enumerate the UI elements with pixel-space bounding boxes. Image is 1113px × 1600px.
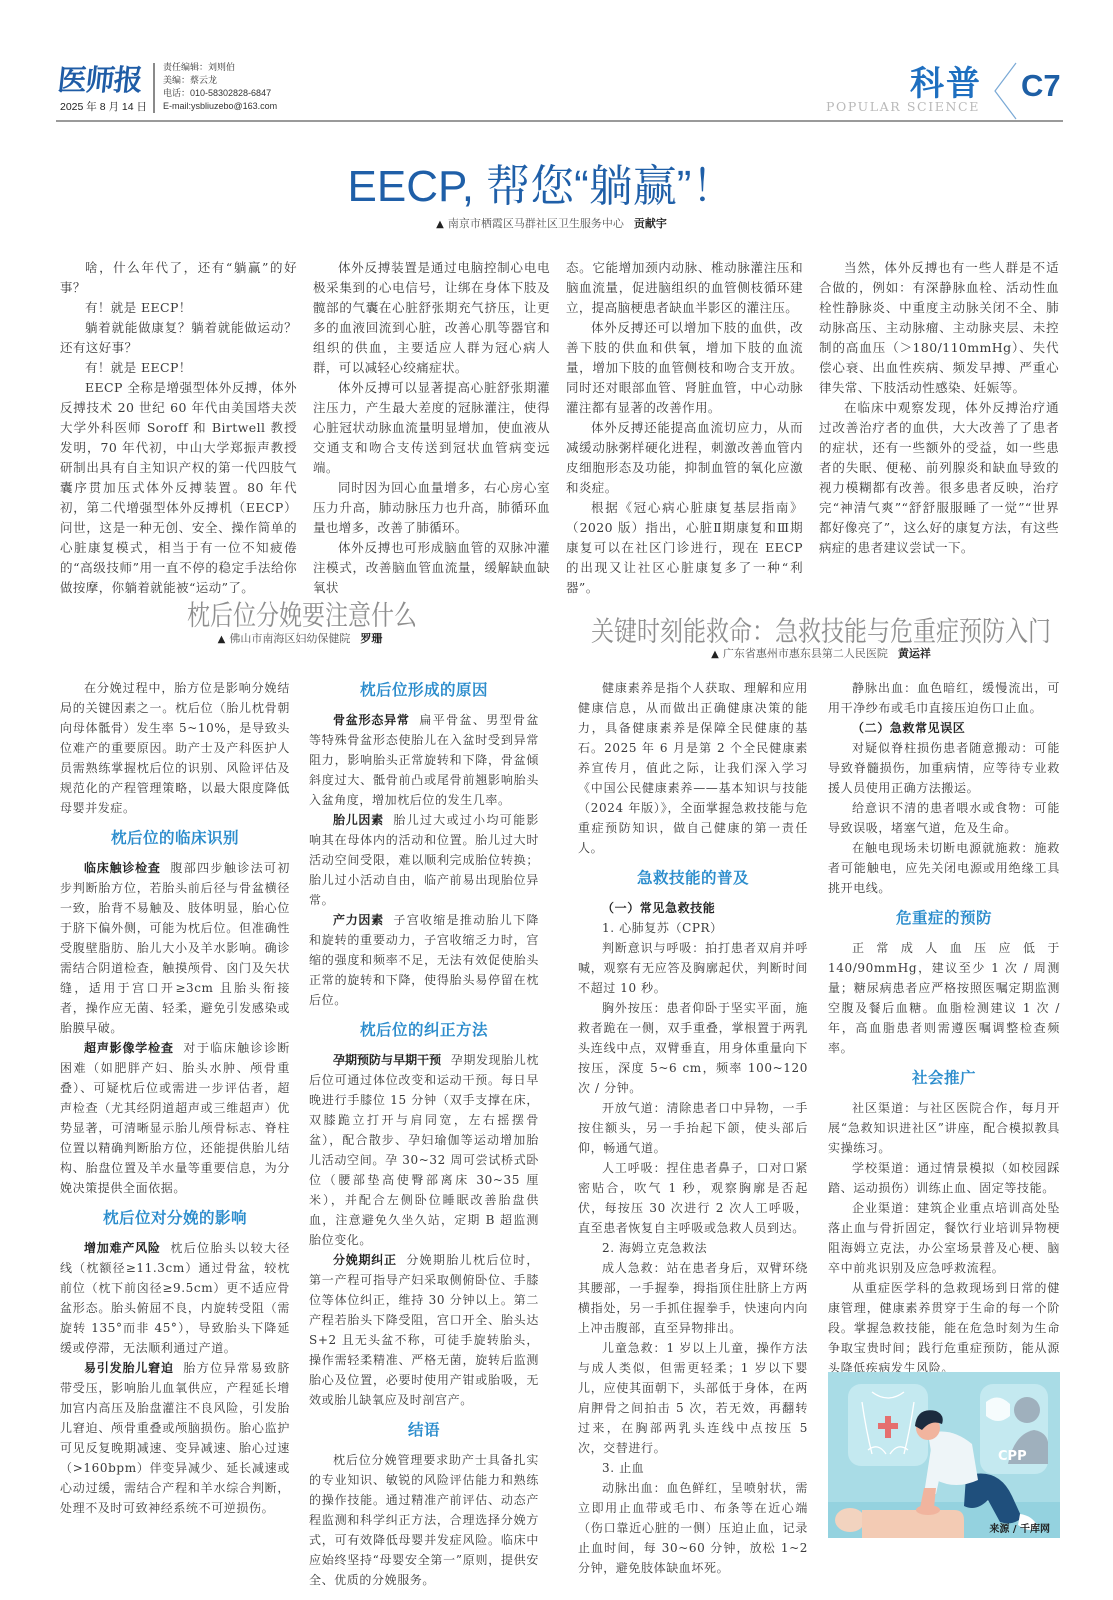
paragraph: 人工呼吸：捏住患者鼻子，口对口紧密贴合，吹气 1 秒，观察胸廓是否起伏，每按压 … (578, 1158, 808, 1238)
paragraph: EECP 全称是增强型体外反搏，体外反搏技术 20 世纪 60 年代由美国塔夫茨… (60, 378, 297, 598)
paragraph: 有！就是 EECP！ (60, 298, 297, 318)
byline-occiput: ▲佛山市南海区妇幼保健院罗珊 (170, 630, 430, 646)
section-heading: 急救技能的普及 (578, 858, 808, 898)
paragraph-text: 扁平骨盆、男型骨盆等特殊骨盆形态使胎儿在入盆时受到异常阻力，影响胎头正常旋转和下… (309, 713, 539, 807)
section-name: 科普 (910, 56, 982, 105)
numbered-heading: 3. 止血 (578, 1458, 808, 1478)
paragraph-text: 胎方位异常易致脐带受压，影响胎儿血氧供应，产程延长增加宫内高压及胎盘灌注不良风险… (60, 1361, 290, 1515)
paragraph-lead: 增加难产风险 (84, 1241, 161, 1255)
chevron-left-icon (992, 62, 1018, 120)
cpr-illustration: CPP 来源 / 千库网 (828, 1372, 1060, 1538)
paragraph: 开放气道：清除患者口中异物，一手按住额头，另一手抬起下颌，使头部后仰，畅通气道。 (578, 1098, 808, 1158)
paragraph-continued: 态。它能增加颈内动脉、椎动脉灌注压和脑血流量，促进脑组织的血管侧枝循环建立，提高… (566, 258, 803, 318)
paragraph: 临床触诊检查腹部四步触诊法可初步判断胎方位，若胎头前后径与骨盆横径一致，胎背不易… (60, 858, 290, 1038)
editor-info: 责任编辑：刘则伯 美编：蔡云龙 电话：010-58302828-6847 E-m… (163, 61, 277, 113)
paragraph: 体外反搏装置是通过电脑控制心电电极采集到的心电信号，让绑在身体下肢及髋部的气囊在… (313, 258, 550, 378)
paragraph-text: 子宫收缩是推动胎儿下降和旋转的重要动力，子宫收缩乏力时，宫缩的强度和频率不足，无… (309, 913, 539, 1007)
subsection-heading: （二）急救常见误区 (828, 718, 1060, 738)
section-heading: 枕后位的纠正方法 (309, 1010, 539, 1050)
section-heading: 枕后位的临床识别 (60, 818, 290, 858)
paragraph-text: 腹部四步触诊法可初步判断胎方位，若胎头前后径与骨盆横径一致，胎背不易触及、肢体明… (60, 861, 290, 1035)
section-subtitle: POPULAR SCIENCE (826, 99, 980, 114)
byline-firstaid: ▲广东省惠州市惠东县第二人民医院黄运祥 (691, 645, 951, 661)
article-column: 啥，什么年代了，还有“躺赢”的好事？ 有！就是 EECP！ 躺着就能做康复？躺着… (60, 258, 297, 598)
paragraph: 易引发胎儿窘迫胎方位异常易致脐带受压，影响胎儿血氧供应，产程延长增加宫内高压及胎… (60, 1358, 290, 1518)
section-heading: 枕后位形成的原因 (309, 670, 539, 710)
byline-org: 佛山市南海区妇幼保健院 (229, 632, 350, 645)
phone-number: 电话：010-58302828-6847 (163, 87, 277, 100)
newspaper-logo: 医师报 (56, 58, 144, 99)
paragraph: 增加难产风险枕后位胎头以较大径线（枕额径≥11.3cm）通过骨盆，较枕前位（枕下… (60, 1238, 290, 1358)
paragraph: 企业渠道：建筑企业重点培训高处坠落止血与骨折固定，餐饮行业培训异物梗阻海姆立克法… (828, 1198, 1060, 1278)
paragraph: 判断意识与呼吸：拍打患者双肩并呼喊，观察有无应答及胸廓起伏，判断时间不超过 10… (578, 938, 808, 998)
article-column: 体外反搏装置是通过电脑控制心电电极采集到的心电信号，让绑在身体下肢及髋部的气囊在… (313, 258, 550, 598)
paragraph: 体外反搏也可形成脑血管的双脉冲灌注模式，改善脑血管血流量，缓解缺血缺氧状 (313, 538, 550, 598)
paragraph-text: 胎儿过大或过小均可能影响其在母体内的活动和位置。胎儿过大时活动空间受限，难以顺利… (309, 813, 539, 907)
paragraph: 骨盆形态异常扁平骨盆、男型骨盆等特殊骨盆形态使胎儿在入盆时受到异常阻力，影响胎头… (309, 710, 539, 810)
editor-name: 责任编辑：刘则伯 (163, 61, 277, 74)
newspaper-page: 医师报 2025 年 8 月 14 日 责任编辑：刘则伯 美编：蔡云龙 电话：0… (0, 0, 1113, 1600)
cpr-scene-icon: CPP (828, 1372, 1060, 1538)
paragraph: 在触电现场未切断电源就施救：施救者可能触电，应先关闭电源或用绝缘工具挑开电线。 (828, 838, 1060, 898)
paragraph: 躺着就能做康复？躺着就能做运动？还有这好事？ (60, 318, 297, 358)
section-heading: 社会推广 (828, 1058, 1060, 1098)
paragraph-text: 对于临床触诊诊断困难（如肥胖产妇、胎头水肿、颅骨重叠）、可疑枕后位或需进一步评估… (60, 1041, 290, 1195)
paragraph: 超声影像学检查对于临床触诊诊断困难（如肥胖产妇、胎头水肿、颅骨重叠）、可疑枕后位… (60, 1038, 290, 1198)
paragraph-lead: 产力因素 (333, 913, 384, 927)
byline-eecp: ▲南京市栖霞区马群社区卫生服务中心贡献宇 (0, 215, 1103, 231)
paragraph: 分娩期纠正分娩期胎儿枕后位时，第一产程可指导产妇采取侧俯卧位、手膝位等体位纠正，… (309, 1250, 539, 1410)
paragraph: 同时因为回心血量增多，右心房心室压力升高，肺动脉压力也升高，肺循环血量也增多，改… (313, 478, 550, 538)
paragraph: 在分娩过程中，胎方位是影响分娩结局的关键因素之一。枕后位（胎儿枕骨朝向母体骶骨）… (60, 678, 290, 818)
paragraph: 根据《冠心病心脏康复基层指南》（2020 版）指出，心脏Ⅱ期康复和Ⅲ期康复可以在… (566, 498, 803, 598)
paragraph: 正常成人血压应低于 140/90mmHg，建议至少 1 次 / 周测量；糖尿病患… (828, 938, 1060, 1058)
paragraph: 体外反搏还可以增加下肢的血供，改善下肢的供血和供氧，增加下肢的血流量，增加下肢的… (566, 318, 803, 418)
paragraph: 胎儿因素胎儿过大或过小均可能影响其在母体内的活动和位置。胎儿过大时活动空间受限，… (309, 810, 539, 910)
numbered-heading: 1. 心肺复苏（CPR） (578, 918, 808, 938)
article-title-occiput: 枕后位分娩要注意什么 (172, 594, 432, 633)
article-column: 静脉出血：血色暗红，缓慢流出，可用干净纱布或毛巾直接压迫伤口止血。 （二）急救常… (828, 678, 1060, 1378)
section-heading: 结语 (309, 1410, 539, 1450)
section-heading: 危重症的预防 (828, 898, 1060, 938)
paragraph-lead: 骨盆形态异常 (333, 713, 410, 727)
paragraph: 产力因素子宫收缩是推动胎儿下降和旋转的重要动力，子宫收缩乏力时，宫缩的强度和频率… (309, 910, 539, 1010)
numbered-heading: 2. 海姆立克急救法 (578, 1238, 808, 1258)
email-address: E-mail:ysbliuzebo@163.com (163, 100, 277, 113)
paragraph: 啥，什么年代了，还有“躺赢”的好事？ (60, 258, 297, 298)
article-title-eecp: EECP, 帮您“躺赢”！ (0, 150, 1083, 214)
paragraph: 在临床中观察发现，体外反搏治疗通过改善治疗者的血供，大大改善了了患者的症状，还有… (819, 398, 1059, 558)
paragraph: 静脉出血：血色暗红，缓慢流出，可用干净纱布或毛巾直接压迫伤口止血。 (828, 678, 1060, 718)
paragraph-lead: 易引发胎儿窘迫 (84, 1361, 174, 1375)
triangle-icon: ▲ (436, 219, 444, 230)
paragraph-text: 分娩期胎儿枕后位时，第一产程可指导产妇采取侧俯卧位、手膝位等体位纠正，维持 30… (309, 1253, 539, 1407)
paragraph: 孕期预防与早期干预孕期发现胎儿枕后位可通过体位改变和运动干预。每日早晚进行手膝位… (309, 1050, 539, 1250)
paragraph: 当然，体外反搏也有一些人群是不适合做的，例如：有深静脉血栓、活动性血栓性静脉炎、… (819, 258, 1059, 398)
byline-org: 广东省惠州市惠东县第二人民医院 (723, 647, 888, 660)
paragraph: 体外反搏可以显著提高心脏舒张期灌注压力，产生最大差度的冠脉灌注，使得心脏冠状动脉… (313, 378, 550, 478)
article-column: 态。它能增加颈内动脉、椎动脉灌注压和脑血流量，促进脑组织的血管侧枝循环建立，提高… (566, 258, 803, 598)
page-number: C7 (1021, 68, 1061, 104)
byline-author: 黄运祥 (898, 647, 931, 660)
subsection-heading: （一）常见急救技能 (578, 898, 808, 918)
image-credit: 来源 / 千库网 (989, 1520, 1050, 1535)
paragraph-lead: 超声影像学检查 (84, 1041, 174, 1055)
paragraph: 儿童急救：1 岁以上儿童，操作方法与成人类似，但需更轻柔；1 岁以下婴儿，应使其… (578, 1338, 808, 1458)
byline-author: 贡献宇 (634, 217, 667, 230)
section-heading: 枕后位对分娩的影响 (60, 1198, 290, 1238)
paragraph: 成人急救：站在患者身后，双臂环绕其腰部，一手握拳，拇指顶住肚脐上方两横指处，另一… (578, 1258, 808, 1338)
byline-author: 罗珊 (360, 632, 382, 645)
article-title-firstaid: 关键时刻能救命：急救技能与危重症预防入门 (591, 610, 1051, 649)
header-rule (56, 120, 1063, 122)
paragraph-lead: 胎儿因素 (333, 813, 384, 827)
paragraph-text: 枕后位胎头以较大径线（枕额径≥11.3cm）通过骨盆，较枕前位（枕下前囟径≥9.… (60, 1241, 290, 1355)
paragraph: 对疑似脊柱损伤患者随意搬动：可能导致脊髓损伤，加重病情，应等待专业救援人员使用正… (828, 738, 1060, 798)
masthead-divider (153, 63, 155, 113)
paragraph-text: 孕期发现胎儿枕后位可通过体位改变和运动干预。每日早晚进行手膝位 15 分钟（双手… (309, 1053, 539, 1247)
paragraph: 枕后位分娩管理要求助产士具备扎实的专业知识、敏锐的风险评估能力和熟练的操作技能。… (309, 1450, 539, 1590)
paragraph: 社区渠道：与社区医院合作，每月开展“急救知识进社区”讲座，配合模拟教具实操练习。 (828, 1098, 1060, 1158)
designer-name: 美编：蔡云龙 (163, 74, 277, 87)
issue-date: 2025 年 8 月 14 日 (60, 99, 147, 114)
article-column: 当然，体外反搏也有一些人群是不适合做的，例如：有深静脉血栓、活动性血栓性静脉炎、… (819, 258, 1059, 558)
paragraph: 体外反搏还能提高血流切应力，从而减缓动脉粥样硬化进程，刺激改善血管内皮细胞形态及… (566, 418, 803, 498)
paragraph: 学校渠道：通过情景模拟（如校园踩踏、运动损伤）训练止血、固定等技能。 (828, 1158, 1060, 1198)
paragraph-lead: 孕期预防与早期干预 (333, 1053, 441, 1067)
triangle-icon: ▲ (711, 649, 719, 660)
paragraph: 从重症医学科的急救现场到日常的健康管理，健康素养贯穿于生命的每一个阶段。掌握急救… (828, 1278, 1060, 1378)
triangle-icon: ▲ (218, 634, 226, 645)
byline-org: 南京市栖霞区马群社区卫生服务中心 (448, 217, 624, 230)
paragraph: 健康素养是指个人获取、理解和应用健康信息，从而做出正确健康决策的能力，具备健康素… (578, 678, 808, 858)
paragraph: 胸外按压：患者仰卧于坚实平面，施救者跪在一侧，双手重叠，掌根置于两乳头连线中点，… (578, 998, 808, 1098)
paragraph: 动脉出血：血色鲜红，呈喷射状，需立即用止血带或毛巾、布条等在近心端（伤口靠近心脏… (578, 1478, 808, 1578)
paragraph: 有！就是 EECP！ (60, 358, 297, 378)
paragraph: 给意识不清的患者喂水或食物：可能导致误吸，堵塞气道，危及生命。 (828, 798, 1060, 838)
article-column: 健康素养是指个人获取、理解和应用健康信息，从而做出正确健康决策的能力，具备健康素… (578, 678, 808, 1578)
paragraph-lead: 分娩期纠正 (333, 1253, 397, 1267)
article-column: 枕后位形成的原因 骨盆形态异常扁平骨盆、男型骨盆等特殊骨盆形态使胎儿在入盆时受到… (309, 670, 539, 1590)
article-column: 在分娩过程中，胎方位是影响分娩结局的关键因素之一。枕后位（胎儿枕骨朝向母体骶骨）… (60, 678, 290, 1518)
cpp-label: CPP (998, 1449, 1027, 1464)
paragraph-lead: 临床触诊检查 (84, 861, 161, 875)
